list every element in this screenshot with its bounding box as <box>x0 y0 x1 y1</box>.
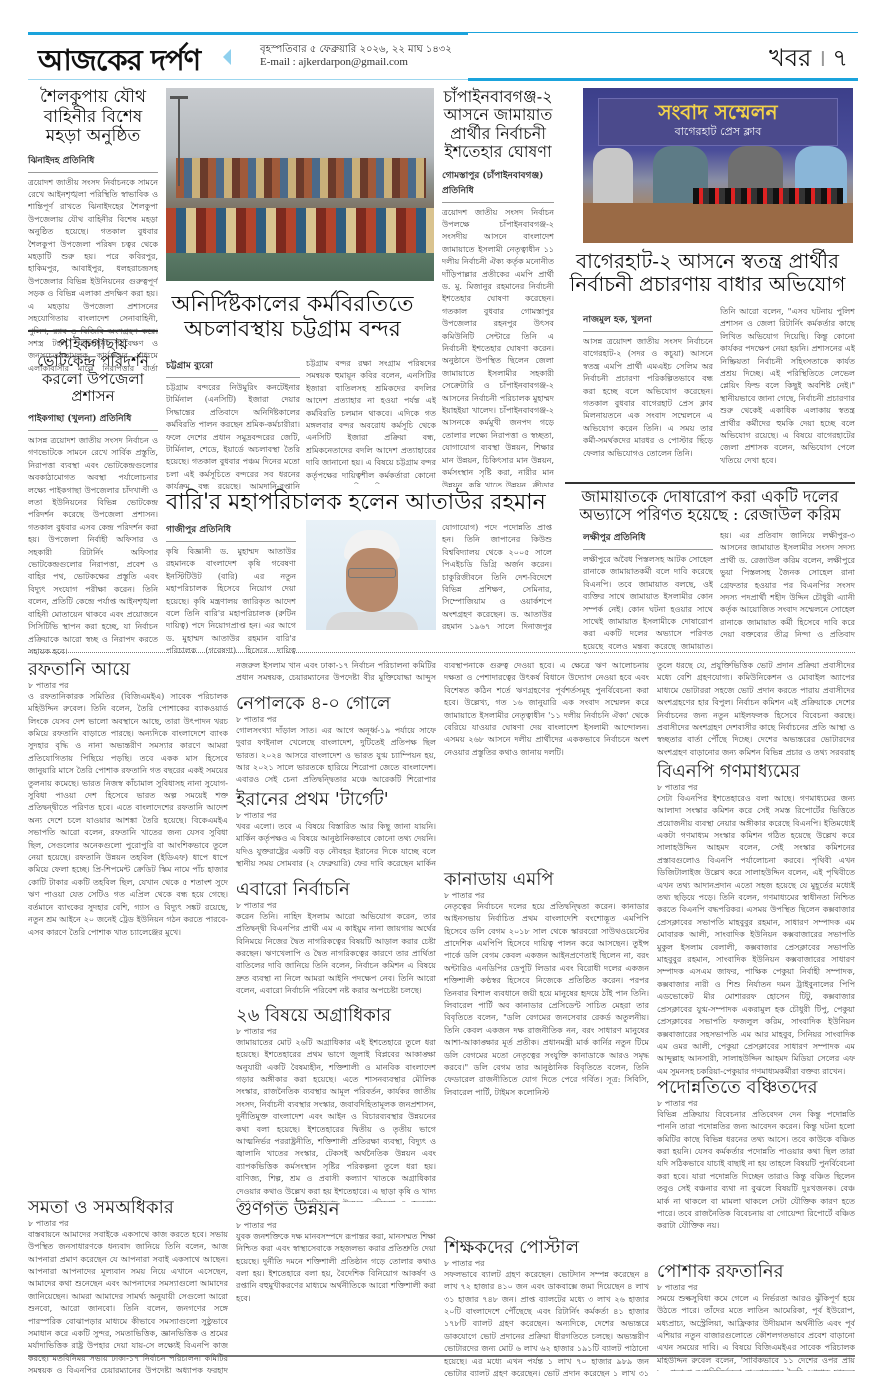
cont-hasty: ব্যবস্থাপনাকে গুরুত্ব দেওয়া হবে। এ ক্ষে… <box>444 660 649 865</box>
microphones <box>693 188 843 204</box>
masthead-rule-bottom-right <box>468 78 858 81</box>
page-ref: ৮ পাতার পর <box>657 782 855 793</box>
article-port-col2: চট্টগ্রাম বন্দর রক্ষা সংগ্রাম পরিষদের সম… <box>306 358 436 484</box>
article-body: খবর এলো। তবে এ বিষয়ে বিস্তারিত আর কিছু … <box>236 821 436 871</box>
continuation-title: ২৬ বিষয়ে অগ্রাধিকার <box>236 1006 436 1026</box>
continuation-title: বিএনপি গণমাধ্যমের <box>657 762 855 782</box>
table <box>583 203 853 243</box>
byline: ঝিনাইদহ প্রতিনিধি <box>28 153 158 173</box>
article-bagerhat: বাগেরহাট-২ আসনে স্বতন্ত্র প্রার্থীর নির্… <box>560 250 855 296</box>
article-body: ব্যবস্থাপনাকে গুরুত্ব দেওয়া হবে। এ ক্ষে… <box>444 660 649 865</box>
page-ref: ৮ পাতার পর <box>444 1258 649 1269</box>
continuation-title: গুণগত উন্নয়ন <box>236 1200 436 1220</box>
byline: পাইকগাছা (খুলনা) প্রতিনিধি <box>28 411 158 431</box>
light-fixture <box>170 96 188 99</box>
article-paikgachha: পাইকগাছায় ভোটকেন্দ্র পরিদর্শন করলো উপজে… <box>28 330 158 673</box>
continuation-title: পদোন্নতিতে বঞ্চিতদের <box>657 1078 855 1098</box>
cont-export-earnings: রফতানি আয়ে ৮ পাতার পর ও রফতানিকারক সমিত… <box>28 660 228 1216</box>
article-body: তুলে ধরছে যে, প্রযুক্তিভিত্তিক ভোট প্রদা… <box>657 660 855 758</box>
shoulders <box>326 612 418 630</box>
article-body: ত্রয়োদশ জাতীয় সংসদ নির্বাচন উপলক্ষে চা… <box>442 207 554 487</box>
headline: জামায়াতকে দোষারোপ করা একটি দলের অভ্যাসে… <box>565 488 855 525</box>
cont-election-again: এবারো নির্বাচনি ৮ পাতার পর করেন তিনি। না… <box>236 880 436 1026</box>
article-bari-col1: গাজীপুর প্রতিনিধি কৃষি বিজ্ঞানী ড. মুহাম… <box>166 522 296 656</box>
article-body: ও রফতানিকারক সমিতির (বিজিএমইএ) সাবেক পরি… <box>28 691 228 1216</box>
article-body: সময়ে শুল্কসুবিধা কমে গেলে এ নির্ভরতা আর… <box>657 1293 855 1371</box>
article-port-col1: চট্টগ্রাম ব্যুরো চট্টগ্রাম বন্দরের নিউমু… <box>166 358 300 494</box>
continuation-title: সমতা ও সমঅধিকার <box>28 1198 228 1218</box>
byline: চট্টগ্রাম ব্যুরো <box>166 358 300 378</box>
section-separator: । <box>817 44 826 72</box>
cont-qualitative: গুণগত উন্নয়ন ৮ পাতার পর যুবক জনশক্তিকে … <box>236 1200 436 1376</box>
masthead: আজকের দর্পণ বৃহস্পতিবার ৫ ফেব্রুয়ারি ২০… <box>28 32 858 82</box>
headline: শৈলকুপায় যৌথ বাহিনীর বিশেষ মহড়া অনুষ্ঠ… <box>28 88 158 147</box>
article-body: সেটা বিএনপির ইশতেহারেও বলা আছে। গণমাধ্যম… <box>657 793 855 1083</box>
page-ref: ৮ পাতার পর <box>657 1282 855 1293</box>
cont-right-top: তুলে ধরছে যে, প্রযুক্তিভিত্তিক ভোট প্রদা… <box>657 660 855 758</box>
cont-bnp-media: বিএনপি গণমাধ্যমের ৮ পাতার পর সেটা বিএনপি… <box>657 762 855 1083</box>
masthead-rule-bottom <box>28 79 468 80</box>
cont-twentysix: ২৬ বিষয়ে অগ্রাধিকার ৮ পাতার পর জামায়াত… <box>236 1006 436 1202</box>
section-divider <box>28 652 855 653</box>
article-bagerhat-col2: তিনি আরো বলেন, "এসব ঘটনায় পুলিশ প্রশাসন… <box>720 306 855 476</box>
banner-subtitle: বাগেরহাট প্রেস ক্লাব <box>599 125 837 139</box>
cont-nepal: নেপালকে ৪-০ গোলে ৮ পাতার পর গোলসংখ্যা দা… <box>236 694 436 787</box>
page-ref: ৮ পাতার পর <box>236 1026 436 1037</box>
article-body: আসন্ন ত্রয়োদশ জাতীয় সংসদ নির্বাচন ও গণ… <box>28 435 158 673</box>
article-body: হয়। এর প্রতিবাদ জানিয়ে লক্ষীপুর-৩ আসনে… <box>720 530 855 640</box>
article-bagerhat-col1: নাজমুল হক, খুলনা আসন্ন ত্রয়োদশ জাতীয় স… <box>583 312 713 491</box>
article-body: নেতৃত্বের নির্বাচনে দলের হয়ে প্রতিদ্বন্… <box>444 901 649 1221</box>
article-body: চট্টগ্রাম বন্দর রক্ষা সংগ্রাম পরিষদের সম… <box>306 358 436 484</box>
article-body: কৃষি বিজ্ঞানী ড. মুহাম্মদ আতাউর রহমানকে … <box>166 546 296 656</box>
article-body: সফলভাবে ব্যালট গ্রহণ করেছেন। ভোটদান সম্প… <box>444 1269 649 1377</box>
article-body: তিনি আরো বলেন, "এসব ঘটনায় পুলিশ প্রশাসন… <box>720 306 855 476</box>
masthead-rule-top-right <box>468 32 858 33</box>
article-body: বিভিন্ন প্রক্রিয়ায় বিবেচনার প্রতিবেদন … <box>657 1109 855 1239</box>
container-stacks-front <box>166 208 434 253</box>
article-jamaat-accuse: জামায়াতকে দোষারোপ করা একটি দলের অভ্যাসে… <box>565 482 855 525</box>
byline: লক্ষীপুর প্রতিনিধি <box>583 530 713 550</box>
continuation-title: এবারো নির্বাচনি <box>236 880 436 900</box>
headline: অনির্দিষ্টকালের কর্মবিরতিতে অচলাবস্থায় … <box>150 292 435 343</box>
page-ref: ৮ পাতার পর <box>236 900 436 911</box>
article-body: চট্টগ্রাম বন্দরের নিউমুরিং কনটেইনার টার্… <box>166 382 300 494</box>
contact-email: E-mail : ajkerdarpon@gmail.com <box>260 56 408 68</box>
byline: গোমস্তাপুর (চাঁপাইনবাবগঞ্জ) প্রতিনিধি <box>442 168 554 203</box>
face <box>346 548 398 612</box>
container-stacks <box>176 158 426 198</box>
headline: বাগেরহাট-২ আসনে স্বতন্ত্র প্রার্থীর নির্… <box>560 250 855 296</box>
article-body: গোলসংখ্যা দাঁড়াল সাত। এর আগে অনূর্ধ্ব-১… <box>236 725 436 787</box>
cont-equality: সমতা ও সমঅধিকার ৮ পাতার পর বাস্তবায়নে আ… <box>28 1198 228 1377</box>
article-bari-col2: যোগাযোগ) পদে পদোন্নতি প্রাপ্ত হন। তিনি জ… <box>442 522 552 632</box>
page-ref: ৮ পাতার পর <box>28 1218 228 1229</box>
banner-title: সংবাদ সম্মেলন <box>599 99 837 125</box>
press-banner: সংবাদ সম্মেলন বাগেরহাট প্রেস ক্লাব <box>598 98 838 146</box>
page-ref: ৮ পাতার পর <box>657 1098 855 1109</box>
article-jamaat-col2: হয়। এর প্রতিবাদ জানিয়ে লক্ষীপুর-৩ আসনে… <box>720 530 855 640</box>
article-body: যোগাযোগ) পদে পদোন্নতি প্রাপ্ত হন। তিনি জ… <box>442 522 552 632</box>
continuation-title: কানাডায় এমপি <box>444 870 649 890</box>
page-ref: ৮ পাতার পর <box>444 890 649 901</box>
portrait-photo <box>306 520 436 630</box>
article-body: নজরুল ইসলাম খান এবং ঢাকা-১৭ নির্বাচন পরি… <box>236 660 436 686</box>
continuation-title: পোশাক রফতানির <box>657 1262 855 1282</box>
byline: গাজীপুর প্রতিনিধি <box>166 522 296 542</box>
page-ref: ৮ পাতার পর <box>28 680 228 691</box>
cont-promotion: পদোন্নতিতে বঞ্চিতদের ৮ পাতার পর বিভিন্ন … <box>657 1078 855 1239</box>
article-body: জামায়াতের মোট ২৬টি অগ্রাধিকার এই ইশতেহা… <box>236 1037 436 1202</box>
cont-iran: ইরানের প্রথম 'টার্গেট' ৮ পাতার পর খবর এল… <box>236 790 436 871</box>
continuation-title: শিক্ষকদের পোস্টাল <box>444 1238 649 1258</box>
headline: চাঁপাইনবাবগঞ্জ-২ আসনে জামায়াত প্রার্থীর… <box>442 88 554 162</box>
cont-top-col2: নজরুল ইসলাম খান এবং ঢাকা-১৭ নির্বাচন পরি… <box>236 660 436 686</box>
container-port-photo <box>166 88 434 281</box>
person-1 <box>593 148 633 203</box>
glasses <box>348 568 396 578</box>
article-jamaat-col1: লক্ষীপুর প্রতিনিধি লক্ষীপুরে অবৈধ পিস্তল… <box>583 530 713 654</box>
continuation-title: রফতানি আয়ে <box>28 660 228 680</box>
light-pole <box>178 96 180 186</box>
continuation-title: ইরানের প্রথম 'টার্গেট' <box>236 790 436 810</box>
cont-canada: কানাডায় এমপি ৮ পাতার পর নেতৃত্বের নির্ব… <box>444 870 649 1221</box>
page-ref: ৮ পাতার পর <box>236 714 436 725</box>
byline: নাজমুল হক, খুলনা <box>583 312 713 332</box>
press-conference-photo: সংবাদ সম্মেলন বাগেরহাট প্রেস ক্লাব <box>583 88 853 243</box>
page-number: ৭ <box>832 44 848 72</box>
headline: পাইকগাছায় ভোটকেন্দ্র পরিদর্শন করলো উপজে… <box>28 336 158 405</box>
page-ref: ৮ পাতার পর <box>236 1220 436 1231</box>
continuation-title: নেপালকে ৪-০ গোলে <box>236 694 436 714</box>
section-label: খবর।৭ <box>769 40 848 80</box>
article-port: অনির্দিষ্টকালের কর্মবিরতিতে অচলাবস্থায় … <box>150 292 435 351</box>
article-chapai: চাঁপাইনবাবগঞ্জ-২ আসনে জামায়াত প্রার্থীর… <box>442 88 554 487</box>
page-ref: ৮ পাতার পর <box>236 810 436 821</box>
page-bottom-rule <box>28 1355 855 1357</box>
section-name: খবর <box>769 44 811 72</box>
logo-arrow-icon <box>223 49 231 65</box>
headline: বারি'র মহাপরিচালক হলেন আতাউর রহমান <box>166 490 596 515</box>
article-bari: বারি'র মহাপরিচালক হলেন আতাউর রহমান <box>166 490 596 515</box>
article-body: লক্ষীপুরে অবৈধ পিস্তলসহ আটক সোহেল রানাকে… <box>583 554 713 654</box>
masthead-rule-top <box>28 32 468 35</box>
article-body: আসন্ন ত্রয়োদশ জাতীয় সংসদ নির্বাচনে বাগ… <box>583 336 713 491</box>
